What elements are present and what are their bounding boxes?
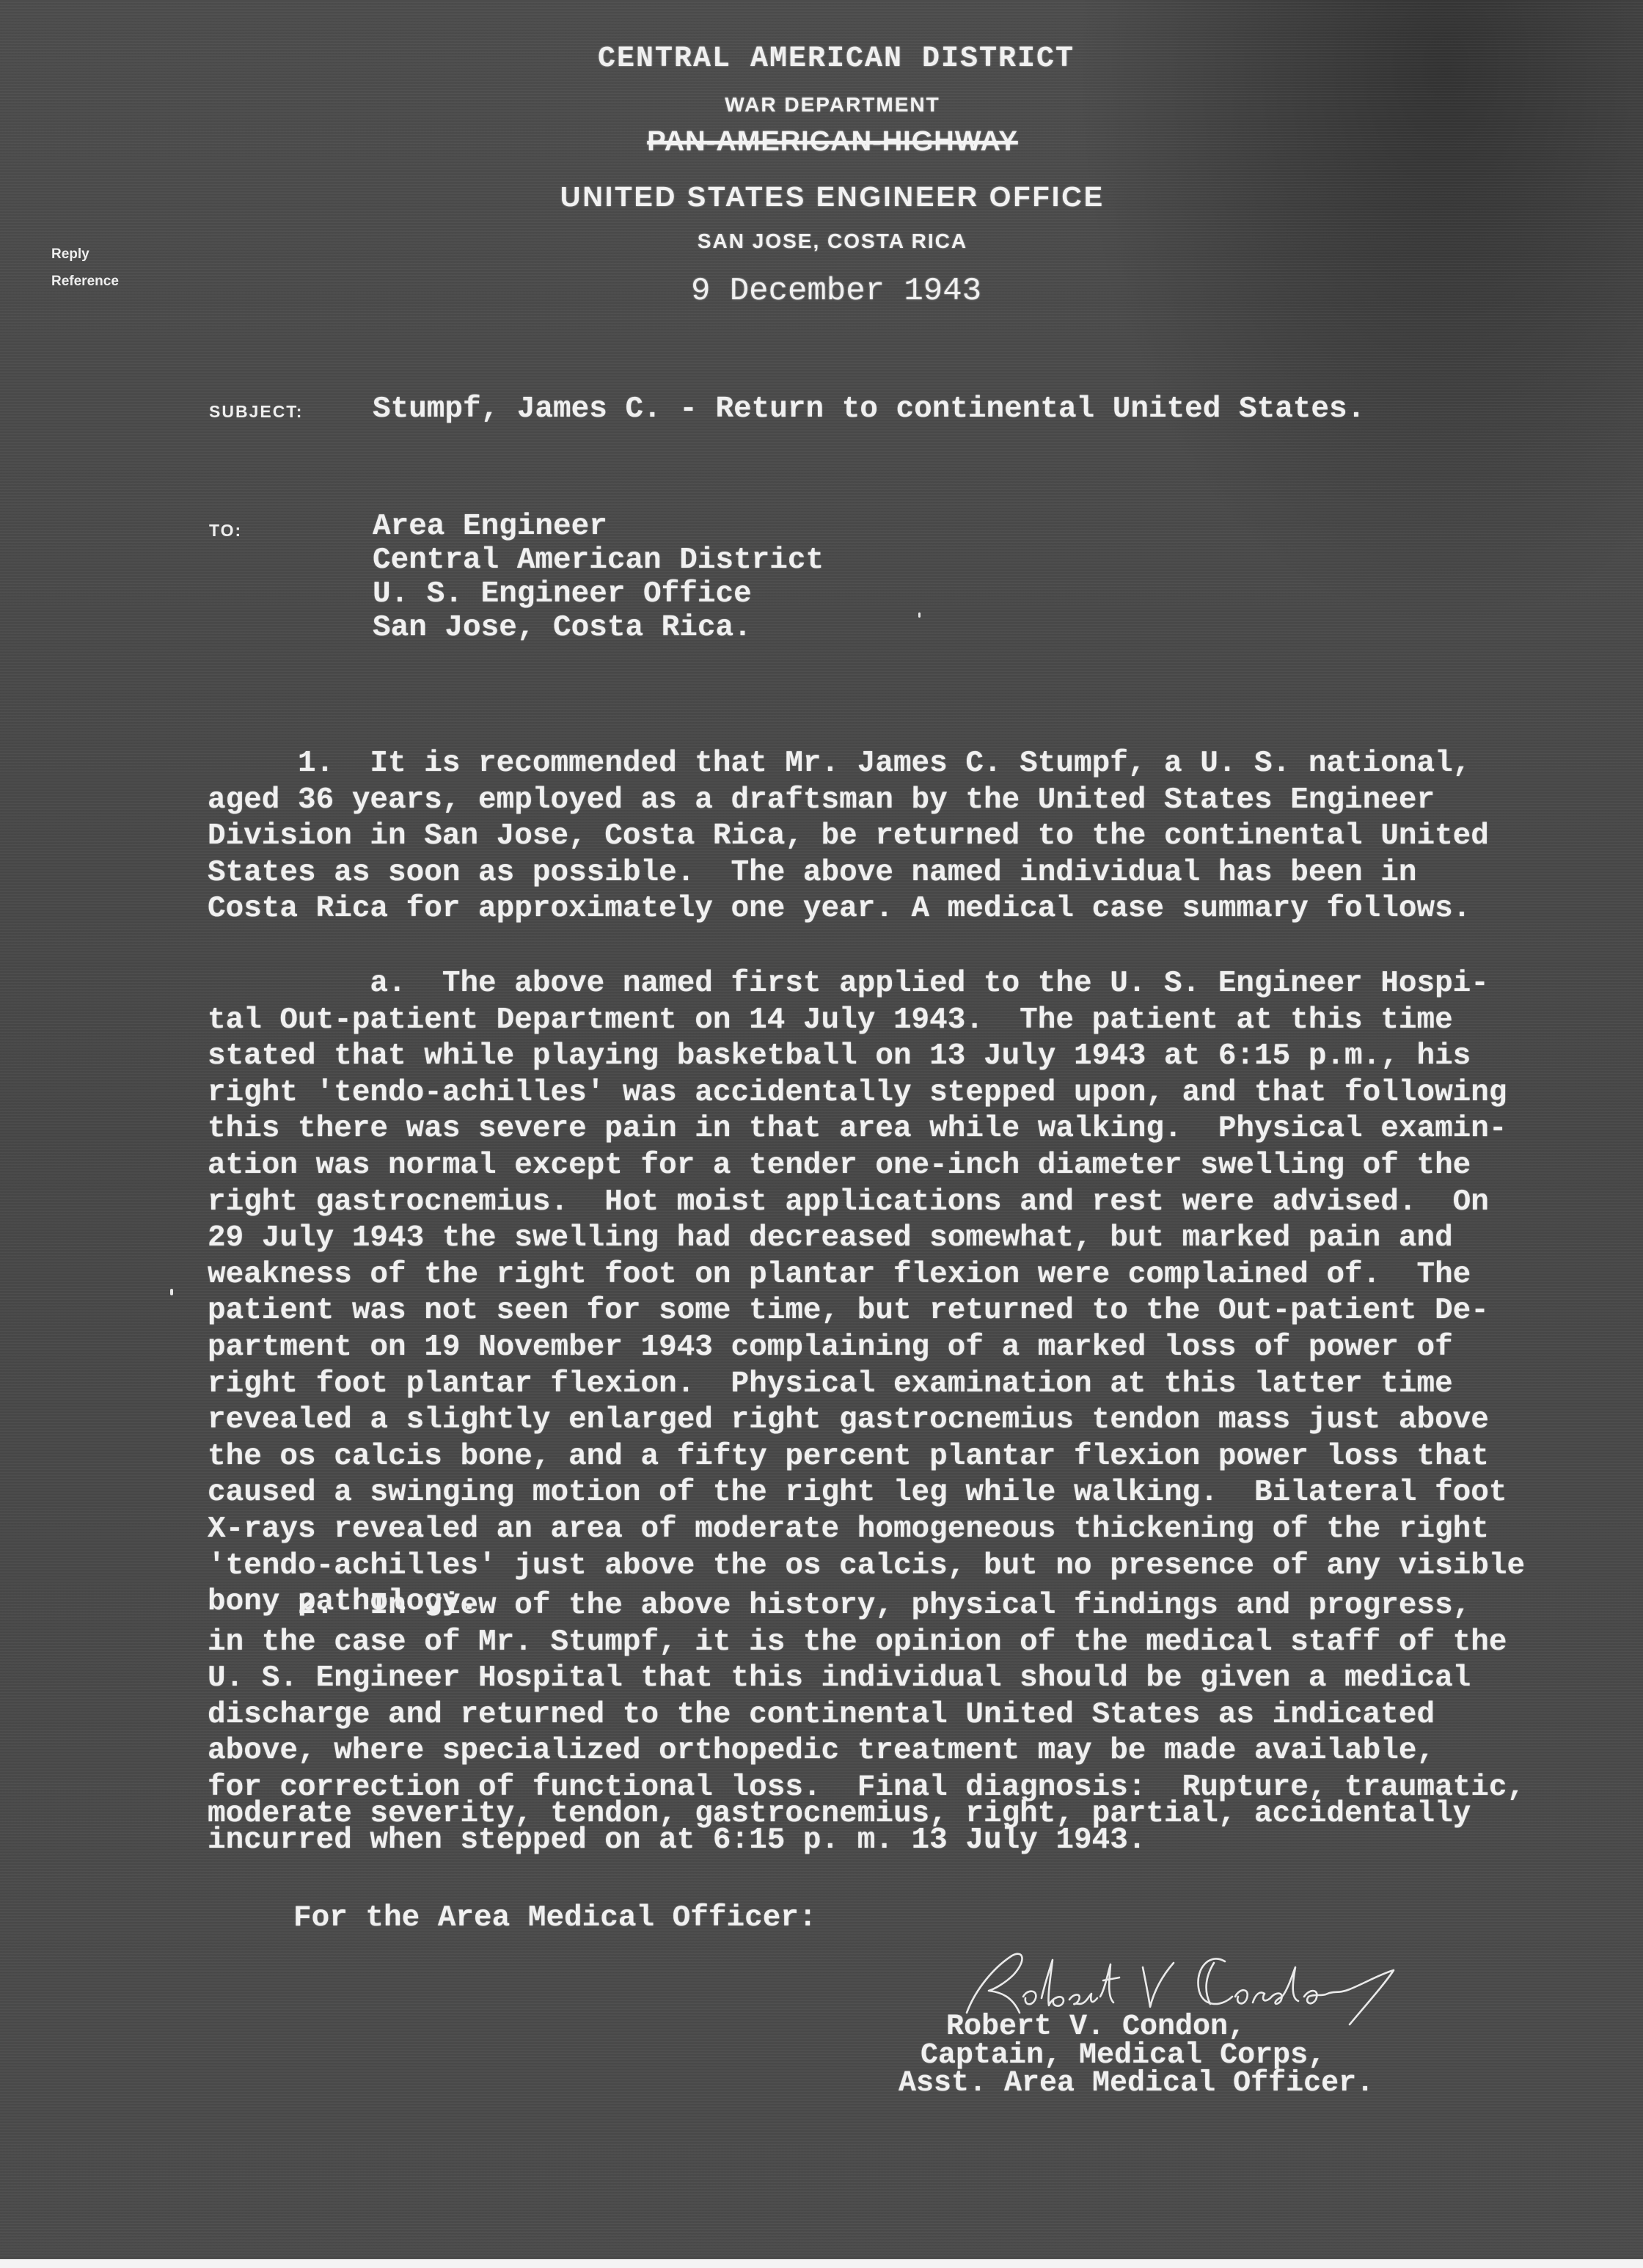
- signatory-name: Robert V. Condon,: [946, 2013, 1245, 2041]
- text-line: this there was severe pain in that area …: [208, 1111, 1525, 1148]
- signatory-title: Asst. Area Medical Officer.: [899, 2070, 1374, 2098]
- subject-value: Stumpf, James C. - Return to continental…: [373, 392, 1365, 426]
- paragraph-1a-case-summary: a. The above named first applied to the …: [208, 966, 1525, 1621]
- text-line: caused a swinging motion of the right le…: [208, 1475, 1525, 1512]
- closing-line: For the Area Medical Officer:: [293, 1901, 817, 1935]
- paragraph-2-diagnosis-continuation: moderate severity, tendon, gastrocnemius…: [208, 1801, 1471, 1854]
- letterhead-department: WAR DEPARTMENT: [22, 93, 1643, 117]
- letterhead-district: CENTRAL AMERICAN DISTRICT: [29, 43, 1643, 76]
- text-line: right foot plantar flexion. Physical exa…: [208, 1367, 1525, 1403]
- text-line: discharge and returned to the continenta…: [208, 1697, 1525, 1734]
- text-line: stated that while playing basketball on …: [208, 1039, 1525, 1075]
- letter-date: 9 December 1943: [29, 273, 1643, 310]
- letterhead-city: SAN JOSE, COSTA RICA: [22, 230, 1643, 253]
- text-line: tal Out-patient Department on 14 July 19…: [208, 1003, 1525, 1039]
- letterhead-office: UNITED STATES ENGINEER OFFICE: [22, 182, 1643, 213]
- to-address-line: Area Engineer: [373, 510, 824, 544]
- text-line: a. The above named first applied to the …: [208, 966, 1525, 1003]
- text-line: ation was normal except for a tender one…: [208, 1148, 1525, 1185]
- text-line: X-rays revealed an area of moderate homo…: [208, 1512, 1525, 1548]
- reference-label: Reference: [51, 274, 119, 290]
- page-bottom-edge: [0, 2259, 1643, 2268]
- text-line: States as soon as possible. The above na…: [208, 855, 1489, 892]
- to-label: TO:: [209, 521, 242, 541]
- signatory-rank: Captain, Medical Corps,: [921, 2042, 1325, 2070]
- text-line: patient was not seen for some time, but …: [208, 1293, 1525, 1330]
- paragraph-2: 2. In view of the above history, physica…: [208, 1588, 1525, 1807]
- text-line: incurred when stepped on at 6:15 p. m. 1…: [208, 1827, 1471, 1854]
- subject-label: SUBJECT:: [209, 402, 303, 422]
- text-line: weakness of the right foot on plantar fl…: [208, 1257, 1525, 1294]
- letterhead-struck-line: PAN-AMERICAN-HIGHWAY: [22, 126, 1643, 158]
- text-line: 29 July 1943 the swelling had decreased …: [208, 1221, 1525, 1257]
- text-line: partment on 19 November 1943 complaining…: [208, 1330, 1525, 1367]
- to-address-line: San Jose, Costa Rica.: [373, 611, 824, 645]
- text-line: in the case of Mr. Stumpf, it is the opi…: [208, 1625, 1525, 1661]
- text-line: aged 36 years, employed as a draftsman b…: [208, 783, 1489, 819]
- scan-artifact-mark: [170, 1289, 173, 1295]
- text-line: revealed a slightly enlarged right gastr…: [208, 1402, 1525, 1439]
- text-line: above, where specialized orthopedic trea…: [208, 1733, 1525, 1770]
- scan-artifact-mark: [918, 612, 921, 618]
- text-line: 1. It is recommended that Mr. James C. S…: [208, 746, 1489, 783]
- paragraph-1: 1. It is recommended that Mr. James C. S…: [208, 746, 1489, 928]
- text-line: the os calcis bone, and a fifty percent …: [208, 1439, 1525, 1476]
- text-line: 2. In view of the above history, physica…: [208, 1588, 1525, 1625]
- text-line: right 'tendo-achilles' was accidentally …: [208, 1075, 1525, 1112]
- text-line: U. S. Engineer Hospital that this indivi…: [208, 1661, 1525, 1697]
- text-line: Division in San Jose, Costa Rica, be ret…: [208, 819, 1489, 855]
- text-line: right gastrocnemius. Hot moist applicati…: [208, 1185, 1525, 1221]
- to-address-line: Central American District: [373, 544, 824, 577]
- to-address-line: U. S. Engineer Office: [373, 577, 824, 611]
- text-line: Costa Rica for approximately one year. A…: [208, 891, 1489, 928]
- to-address-block: Area Engineer Central American District …: [373, 510, 824, 645]
- text-line: 'tendo-achilles' just above the os calci…: [208, 1548, 1525, 1585]
- reply-label: Reply: [51, 246, 89, 263]
